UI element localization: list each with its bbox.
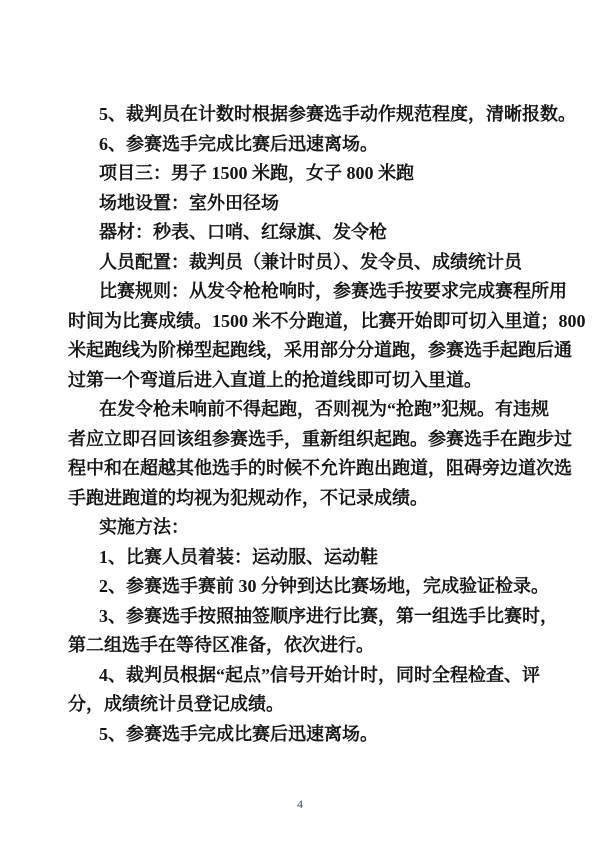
text-line: 米起跑线为阶梯型起跑线，采用部分分道跑，参赛选手起跑后通 — [68, 336, 573, 366]
text-line: 分，成绩统计员登记成绩。 — [68, 690, 573, 720]
document-page: 5、裁判员在计数时根据参赛选手动作规范程度，清晰报数。6、参赛选手完成比赛后迅速… — [0, 0, 600, 845]
text-line: 4、裁判员根据“起点”信号开始计时，同时全程检查、评 — [68, 661, 573, 691]
text-line: 在发令枪未响前不得起跑，否则视为“抢跑”犯规。有违规 — [68, 395, 573, 425]
text-line: 者应立即召回该组参赛选手，重新组织起跑。参赛选手在跑步过 — [68, 425, 573, 455]
text-line: 2、参赛选手赛前 30 分钟到达比赛场地，完成验证检录。 — [68, 572, 573, 602]
text-line: 过第一个弯道后进入直道上的抢道线即可切入里道。 — [68, 366, 573, 396]
text-line: 场地设置：室外田径场 — [68, 189, 573, 219]
text-line: 5、参赛选手完成比赛后迅速离场。 — [68, 720, 573, 750]
text-line: 5、裁判员在计数时根据参赛选手动作规范程度，清晰报数。 — [68, 100, 573, 130]
text-line: 1、比赛人员着装：运动服、运动鞋 — [68, 543, 573, 573]
text-line: 时间为比赛成绩。1500 米不分跑道，比赛开始即可切入里道；800 — [68, 307, 573, 337]
text-line: 实施方法： — [68, 513, 573, 543]
text-line: 手跑进跑道的均视为犯规动作，不记录成绩。 — [68, 484, 573, 514]
text-line: 项目三：男子 1500 米跑，女子 800 米跑 — [68, 159, 573, 189]
document-body: 5、裁判员在计数时根据参赛选手动作规范程度，清晰报数。6、参赛选手完成比赛后迅速… — [68, 100, 573, 749]
text-line: 3、参赛选手按照抽签顺序进行比赛，第一组选手比赛时， — [68, 602, 573, 632]
text-line: 6、参赛选手完成比赛后迅速离场。 — [68, 130, 573, 160]
text-line: 比赛规则：从发令枪枪响时，参赛选手按要求完成赛程所用 — [68, 277, 573, 307]
text-line: 第二组选手在等待区准备，依次进行。 — [68, 631, 573, 661]
page-number: 4 — [0, 797, 600, 812]
text-line: 人员配置：裁判员（兼计时员）、发令员、成绩统计员 — [68, 248, 573, 278]
text-line: 程中和在超越其他选手的时候不允许跑出跑道，阻碍旁边道次选 — [68, 454, 573, 484]
text-line: 器材：秒表、口哨、红绿旗、发令枪 — [68, 218, 573, 248]
